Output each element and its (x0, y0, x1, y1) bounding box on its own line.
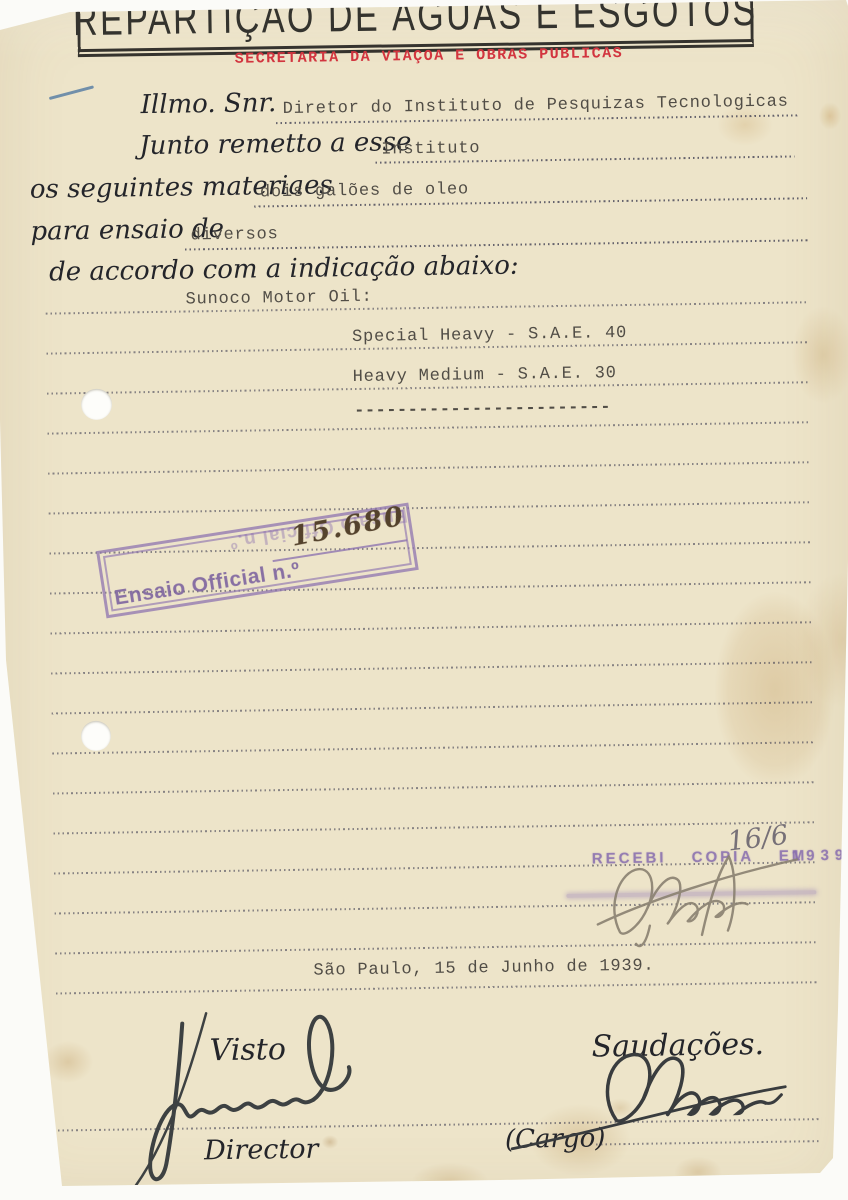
remit-label: Junto remetto a esse (139, 127, 412, 161)
spec-item-2: Heavy Medium - S.A.E. 30 (353, 364, 617, 387)
salutation-label: Illmo. Snr. (140, 88, 276, 120)
receipt-pencil-signature (589, 849, 806, 957)
ruled-line (51, 661, 813, 674)
director-signature (86, 991, 359, 1195)
paper-content: REPARTIÇÃO DE ÁGUAS E ESGOTOS SECRETARIA… (0, 0, 848, 1200)
materials-value: dois galões de oleo (260, 180, 469, 202)
punch-hole-bottom (81, 721, 111, 751)
scanned-document: REPARTIÇÃO DE ÁGUAS E ESGOTOS SECRETARIA… (0, 0, 848, 1200)
ruled-line (46, 301, 808, 314)
ruled-line (56, 981, 818, 994)
ruled-line (53, 821, 815, 834)
official-stamp: Ensaio Official n.º Ensaio Official n.º … (96, 503, 419, 619)
assay-value: diversos (190, 225, 278, 245)
ruled-line (52, 741, 814, 754)
according-line: de accordo com a indicação abaixo: (49, 251, 519, 288)
ruled-line (47, 421, 809, 434)
sender-signature (497, 1035, 799, 1159)
product-line: Sunoco Motor Oil: (185, 288, 372, 310)
date-line: São Paulo, 15 de Junho de 1939. (313, 957, 654, 981)
remit-value: Instituto (381, 139, 480, 159)
paper-sheet: REPARTIÇÃO DE ÁGUAS E ESGOTOS SECRETARIA… (0, 0, 848, 1200)
blue-pen-mark (49, 85, 94, 100)
ruled-line (48, 461, 810, 474)
ruled-line (49, 501, 811, 514)
typed-divider: ------------------------ (354, 398, 611, 421)
ruled-line (50, 621, 812, 634)
ruled-line (53, 781, 815, 794)
ruled-line (52, 701, 814, 714)
punch-hole-top (81, 389, 112, 420)
